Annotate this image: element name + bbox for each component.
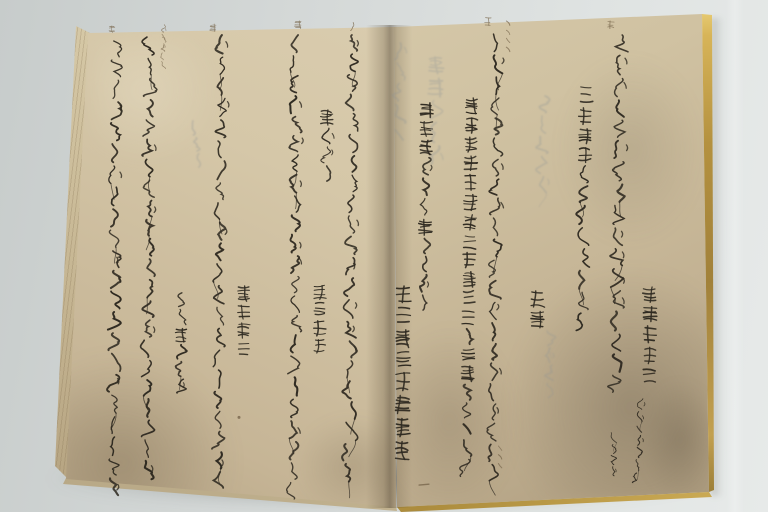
- calligraphy-column-gloss-l3: [161, 25, 166, 69]
- calligraphy-column-gloss-l0: [351, 23, 354, 31]
- calligraphy-column-gloss-3: [485, 18, 492, 26]
- calligraphy-column-gloss-l4: [109, 26, 115, 33]
- calligraphy-column-kotobagaki-3: [321, 110, 334, 181]
- calligraphy-column-poem-4: [287, 35, 304, 499]
- calligraphy-column-poem-1: [608, 35, 628, 392]
- calligraphy-column-collation-mark-right: [419, 484, 429, 485]
- calligraphy-column-gloss-2: [506, 21, 509, 52]
- calligraphy-column-gloss-l1: [294, 21, 301, 29]
- calligraphy-column-author-shune: [314, 285, 326, 353]
- calligraphy-column-collation-mark-left: [238, 416, 241, 419]
- calligraphy-column-poem-3: [342, 35, 358, 498]
- calligraphy-column-kotobagaki-2a: [460, 98, 478, 476]
- calligraphy-column-poem-7: [107, 41, 122, 495]
- calligraphy-column-author-shunzei: [396, 286, 411, 459]
- photo-open-manuscript: [0, 0, 768, 512]
- calligraphy-column-poem-1-cont: [632, 399, 645, 483]
- calligraphy-column-gloss-aki: [608, 21, 615, 29]
- calligraphy-column-kotobagaki-2b: [419, 103, 433, 310]
- calligraphy-column-author-shikishi: [643, 287, 657, 382]
- calligraphy-ink-layer: [0, 0, 768, 512]
- calligraphy-column-author-yomibito: [175, 293, 186, 393]
- calligraphy-column-poem-6: [141, 37, 157, 479]
- calligraphy-column-gloss-4: [498, 446, 501, 468]
- calligraphy-column-kotobagaki-1: [576, 87, 592, 331]
- calligraphy-column-ghost-r1: [536, 96, 550, 207]
- calligraphy-column-author-saigyo: [238, 286, 250, 355]
- calligraphy-column-gloss-l2: [210, 24, 216, 32]
- calligraphy-column-ghost-r4: [545, 331, 556, 398]
- calligraphy-column-poem-5: [212, 35, 229, 488]
- calligraphy-column-ghost-r3: [393, 43, 407, 140]
- calligraphy-column-ghost-l1: [192, 121, 200, 167]
- calligraphy-column-author-2: [531, 291, 545, 328]
- calligraphy-column-poem-1-end: [611, 433, 616, 476]
- calligraphy-column-poem-2: [487, 34, 504, 495]
